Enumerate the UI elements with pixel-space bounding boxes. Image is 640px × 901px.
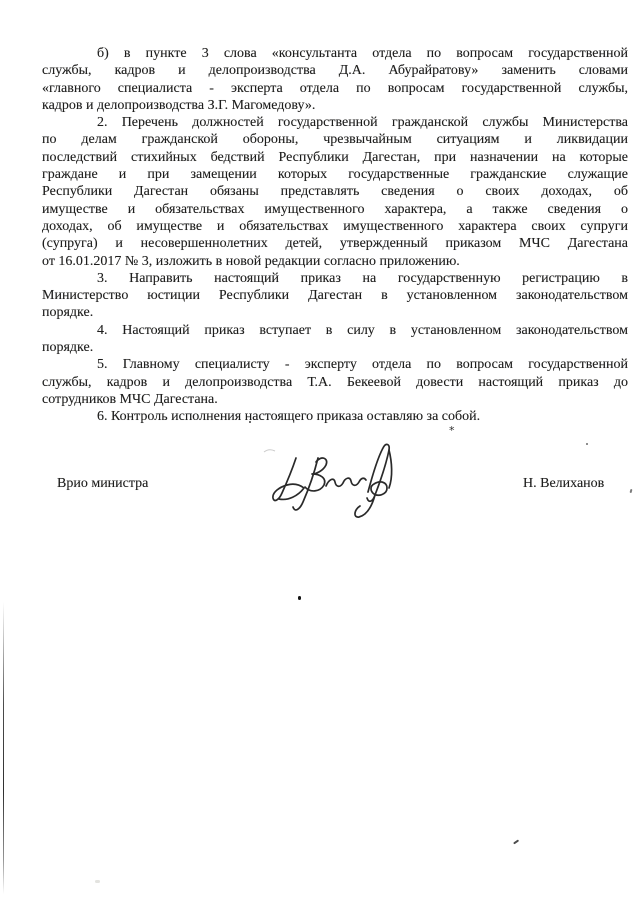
scan-speck xyxy=(298,596,301,600)
signatory-title: Врио министра xyxy=(57,475,148,492)
text-line: порядке. xyxy=(42,304,628,321)
text-line: 5. Главному специалисту - эксперту отдел… xyxy=(42,356,628,373)
text-line: доходах, об имуществе и обязательствах и… xyxy=(42,218,628,235)
text-line: последствий стихийных бедствий Республик… xyxy=(42,149,628,166)
scan-speck xyxy=(249,421,251,423)
text-line: Республики Дагестан обязаны представлять… xyxy=(42,183,628,200)
text-line: 6. Контроль исполнения настоящего приказ… xyxy=(42,408,628,425)
signatory-name: Н. Велиханов xyxy=(523,475,604,492)
text-line: (супруга) и несовершеннолетних детей, ут… xyxy=(42,235,628,252)
text-line: граждане и при замещении которых государ… xyxy=(42,166,628,183)
text-line: б) в пункте 3 слова «консультанта отдела… xyxy=(42,45,628,62)
text-line: сотрудников МЧС Дагестана. xyxy=(42,391,628,408)
signature-autograph-icon xyxy=(256,430,471,530)
text-line: 4. Настоящий приказ вступает в силу в ус… xyxy=(42,322,628,339)
scan-speck-star: * xyxy=(449,424,455,437)
scan-speck xyxy=(630,489,633,493)
scan-edge-line xyxy=(3,602,5,894)
scan-speck xyxy=(586,443,588,445)
text-line: службы, кадров и делопроизводства Д.А. А… xyxy=(42,62,628,79)
text-line: имуществе и обязательствах имущественног… xyxy=(42,201,628,218)
scan-speck xyxy=(513,839,519,844)
text-line: по делам гражданской обороны, чрезвычайн… xyxy=(42,131,628,148)
document-page: б) в пункте 3 слова «консультанта отдела… xyxy=(0,0,640,901)
text-line: 3. Направить настоящий приказ на государ… xyxy=(42,270,628,287)
text-line: порядке. xyxy=(42,339,628,356)
document-body: б) в пункте 3 слова «консультанта отдела… xyxy=(42,45,628,426)
text-line: от 16.01.2017 № 3, изложить в новой реда… xyxy=(42,253,628,270)
text-line: «главного специалиста - эксперта отдела … xyxy=(42,80,628,97)
text-line: 2. Перечень должностей государственной г… xyxy=(42,114,628,131)
text-line: Министерство юстиции Республики Дагестан… xyxy=(42,287,628,304)
text-line: кадров и делопроизводства З.Г. Магомедов… xyxy=(42,97,628,114)
text-line: службы, кадров и делопроизводства Т.А. Б… xyxy=(42,374,628,391)
scan-speck xyxy=(95,880,100,883)
pencil-mark xyxy=(264,450,275,452)
